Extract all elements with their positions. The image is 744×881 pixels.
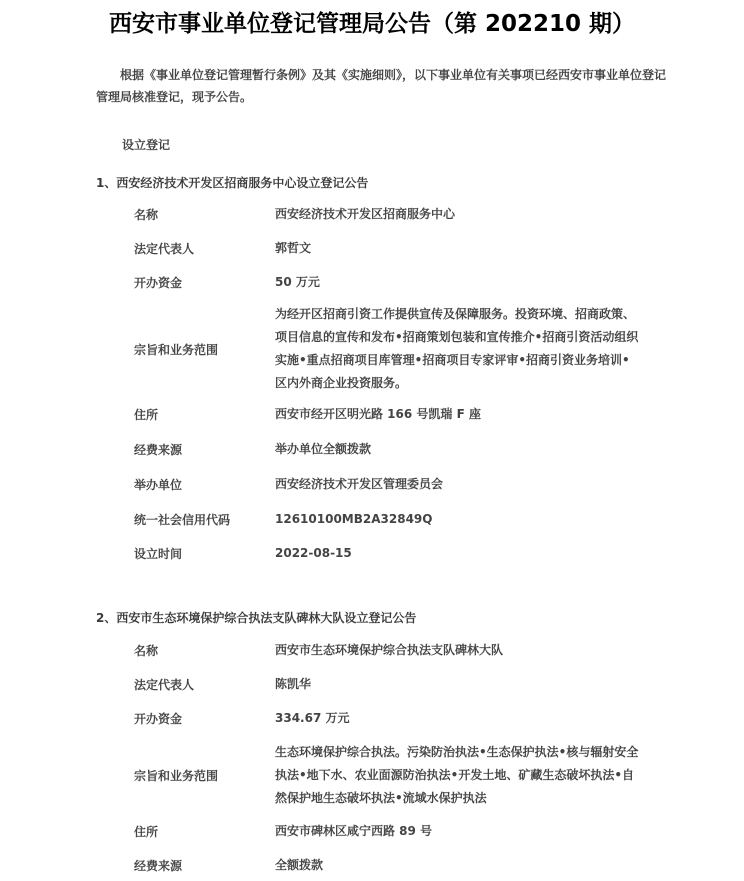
field-row-capital: 开办资金 334.67 万元: [134, 708, 645, 728]
field-label: 举办单位: [134, 476, 275, 493]
field-value: 全额拨款: [275, 854, 645, 877]
field-value: 西安市碑林区咸宁西路 89 号: [275, 820, 645, 843]
notice-heading-2: 2、西安市生态环境保护综合执法支队碑林大队设立登记公告: [96, 609, 416, 626]
field-value: 生态环境保护综合执法。污染防治执法•生态保护执法•核与辐射安全执法•地下水、农业…: [275, 741, 640, 810]
page-title: 西安市事业单位登记管理局公告（第 202210 期）: [0, 8, 744, 40]
field-row-legal-rep: 法定代表人 郭哲文: [134, 238, 645, 258]
field-row-address: 住所 西安市经开区明光路 166 号凯瑞 F 座: [134, 404, 645, 424]
field-label: 法定代表人: [134, 240, 275, 257]
field-row-funding-source: 经费来源 全额拨款: [134, 855, 645, 875]
field-label: 设立时间: [134, 545, 275, 562]
field-label: 开办资金: [134, 274, 275, 291]
field-label: 经费来源: [134, 857, 275, 874]
field-row-name: 名称 西安市生态环境保护综合执法支队碑林大队: [134, 640, 645, 660]
field-label: 宗旨和业务范围: [134, 341, 275, 358]
field-label: 住所: [134, 406, 275, 423]
field-row-scope: 宗旨和业务范围 生态环境保护综合执法。污染防治执法•生态保护执法•核与辐射安全执…: [134, 740, 640, 810]
intro-paragraph: 根据《事业单位登记管理暂行条例》及其《实施细则》，以下事业单位有关事项已经西安市…: [96, 64, 666, 108]
field-row-name: 名称 西安经济技术开发区招商服务中心: [134, 204, 645, 224]
field-label: 经费来源: [134, 441, 275, 458]
field-label: 宗旨和业务范围: [134, 767, 275, 784]
field-label: 统一社会信用代码: [134, 511, 275, 528]
field-value: 举办单位全额拨款: [275, 438, 645, 461]
field-label: 名称: [134, 642, 275, 659]
field-value: 西安经济技术开发区招商服务中心: [275, 203, 645, 226]
field-row-funding-source: 经费来源 举办单位全额拨款: [134, 439, 645, 459]
field-value: 郭哲文: [275, 237, 645, 260]
field-value: 2022-08-15: [275, 542, 645, 565]
field-label: 开办资金: [134, 710, 275, 727]
field-value: 西安市经开区明光路 166 号凯瑞 F 座: [275, 403, 645, 426]
field-label: 名称: [134, 206, 275, 223]
section-label-establishment: 设立登记: [122, 136, 170, 153]
field-value: 西安经济技术开发区管理委员会: [275, 473, 645, 496]
field-label: 法定代表人: [134, 676, 275, 693]
field-value: 12610100MB2A32849Q: [275, 508, 645, 531]
field-row-capital: 开办资金 50 万元: [134, 272, 645, 292]
field-value: 陈凯华: [275, 673, 645, 696]
field-value: 西安市生态环境保护综合执法支队碑林大队: [275, 639, 645, 662]
field-row-established-date: 设立时间 2022-08-15: [134, 543, 645, 563]
field-value: 50 万元: [275, 271, 645, 294]
notice-heading-1: 1、西安经济技术开发区招商服务中心设立登记公告: [96, 174, 368, 191]
field-row-credit-code: 统一社会信用代码 12610100MB2A32849Q: [134, 509, 645, 529]
field-row-legal-rep: 法定代表人 陈凯华: [134, 674, 645, 694]
field-row-sponsor: 举办单位 西安经济技术开发区管理委员会: [134, 474, 645, 494]
field-row-scope: 宗旨和业务范围 为经开区招商引资工作提供宣传及保障服务。投资环境、招商政策、项目…: [134, 303, 640, 395]
field-label: 住所: [134, 823, 275, 840]
field-value: 为经开区招商引资工作提供宣传及保障服务。投资环境、招商政策、项目信息的宣传和发布…: [275, 303, 640, 395]
field-row-address: 住所 西安市碑林区咸宁西路 89 号: [134, 821, 645, 841]
field-value: 334.67 万元: [275, 707, 645, 730]
